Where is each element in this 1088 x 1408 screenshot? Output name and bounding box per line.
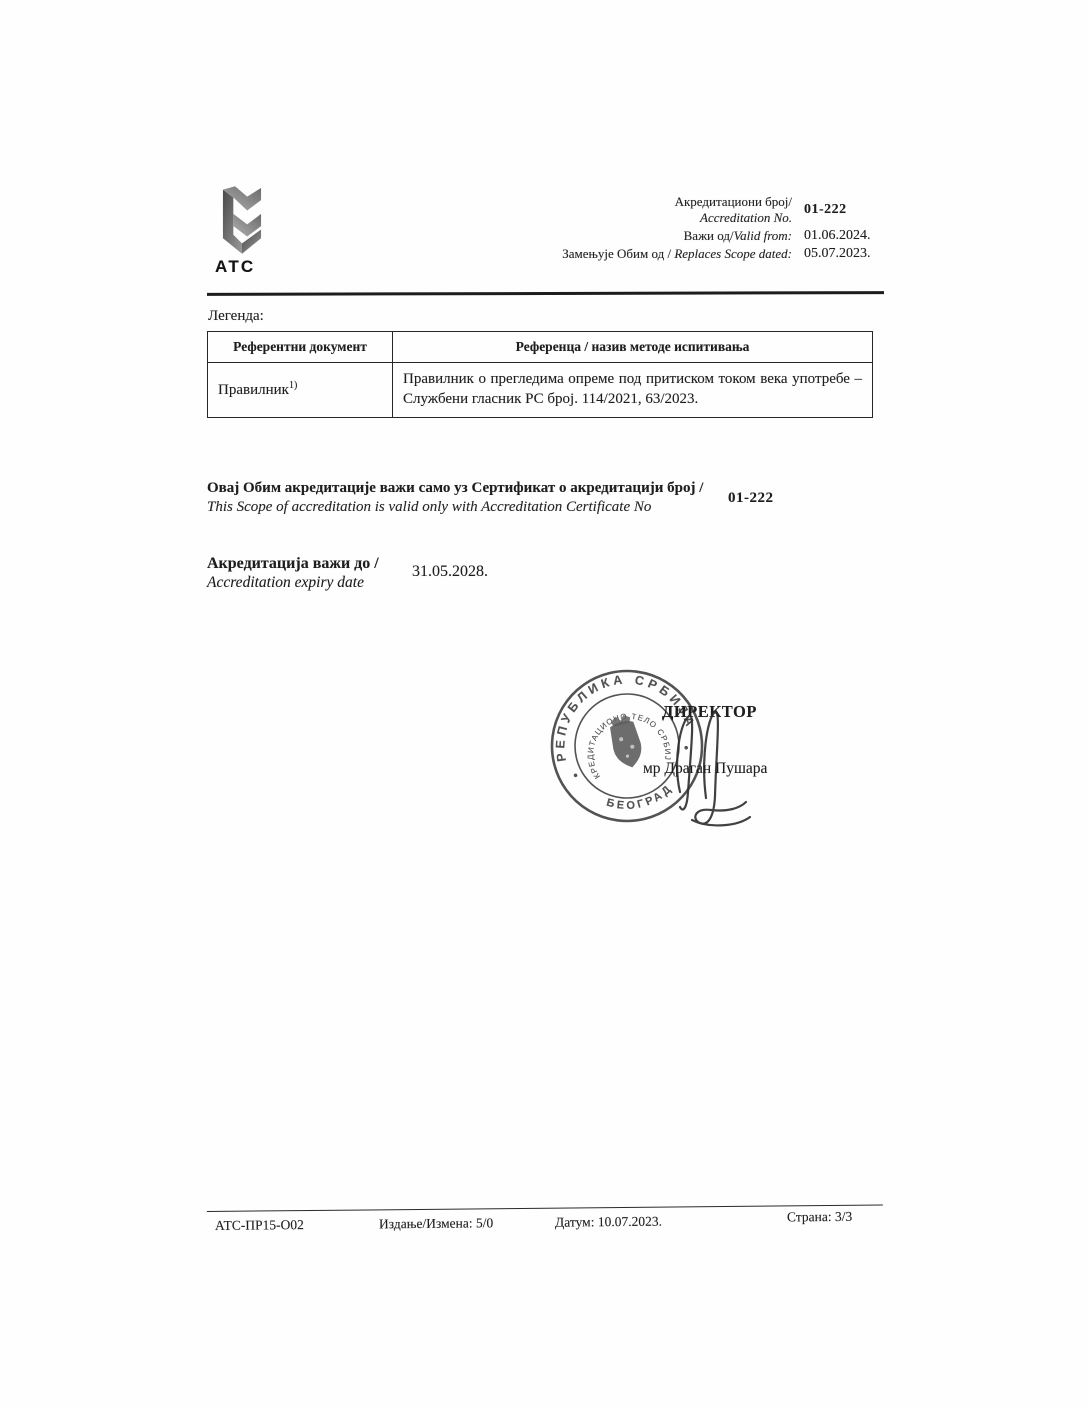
accreditation-no-label-en: Accreditation No. <box>700 210 792 225</box>
footer-edition: Издање/Измена: 5/0 <box>379 1215 493 1232</box>
footer-divider <box>207 1205 883 1212</box>
scope-statement-sr: Овај Обим акредитације важи само уз Серт… <box>207 479 723 498</box>
scope-statement-en: This Scope of accreditation is valid onl… <box>207 498 723 517</box>
legend-table-header-row: Референтни документ Референца / назив ме… <box>208 332 873 363</box>
accreditation-header: Акредитациони број/ Accreditation No. 01… <box>470 194 880 264</box>
expiry-block: Акредитација важи до / Accreditation exp… <box>207 554 379 592</box>
expiry-label-sr: Акредитација важи до / <box>207 554 379 573</box>
valid-from-row: Важи од/Valid from: 01.06.2024. <box>470 228 880 244</box>
scope-statement: Овај Обим акредитације важи само уз Серт… <box>207 479 723 517</box>
legend-table-row: Правилник1) Правилник о прегледима опрем… <box>208 363 873 418</box>
accreditation-no-row: Акредитациони број/ Accreditation No. 01… <box>470 194 880 226</box>
ats-logo-text: АТС <box>215 257 283 277</box>
footer-page-number: Страна: 3/3 <box>787 1209 852 1226</box>
scope-certificate-no: 01-222 <box>728 490 774 507</box>
legend-cell-reference: Правилник о прегледима опреме под притис… <box>393 363 873 418</box>
legend-cell-document: Правилник1) <box>208 363 393 418</box>
footer-date: Датум: 10.07.2023. <box>555 1214 662 1231</box>
accreditation-no-value: 01-222 <box>804 202 847 218</box>
expiry-label-en: Accreditation expiry date <box>207 573 379 592</box>
director-name: мр Драган Пушара <box>643 760 767 778</box>
ats-logo-icon <box>216 186 268 254</box>
ats-logo: АТС <box>213 186 283 277</box>
header-divider <box>207 291 884 296</box>
legend-heading: Легенда: <box>208 308 264 325</box>
accreditation-no-label-sr: Акредитациони број/ <box>675 194 792 209</box>
footnote-marker: 1) <box>289 380 297 391</box>
valid-from-label-en: Valid from: <box>734 228 792 243</box>
document-page: АТС Акредитациони број/ Accreditation No… <box>0 0 1088 1408</box>
replaces-date-value: 05.07.2023. <box>804 246 871 262</box>
footer-doc-code: АТС-ПР15-О02 <box>215 1217 304 1234</box>
valid-from-value: 01.06.2024. <box>804 228 871 244</box>
valid-from-label-sr: Важи од/ <box>684 228 734 243</box>
legend-table: Референтни документ Референца / назив ме… <box>207 331 873 418</box>
replaces-label-en: Replaces Scope dated: <box>674 246 792 261</box>
replaces-scope-row: Замењује Обим од / Replaces Scope dated:… <box>470 246 880 262</box>
replaces-label-sr: Замењује Обим од / <box>562 246 674 261</box>
expiry-date-value: 31.05.2028. <box>412 563 488 581</box>
page-footer: АТС-ПР15-О02 Издање/Измена: 5/0 Датум: 1… <box>207 1205 883 1238</box>
legend-col-document-header: Референтни документ <box>208 332 393 363</box>
legend-col-reference-header: Референца / назив методе испитивања <box>393 332 873 363</box>
